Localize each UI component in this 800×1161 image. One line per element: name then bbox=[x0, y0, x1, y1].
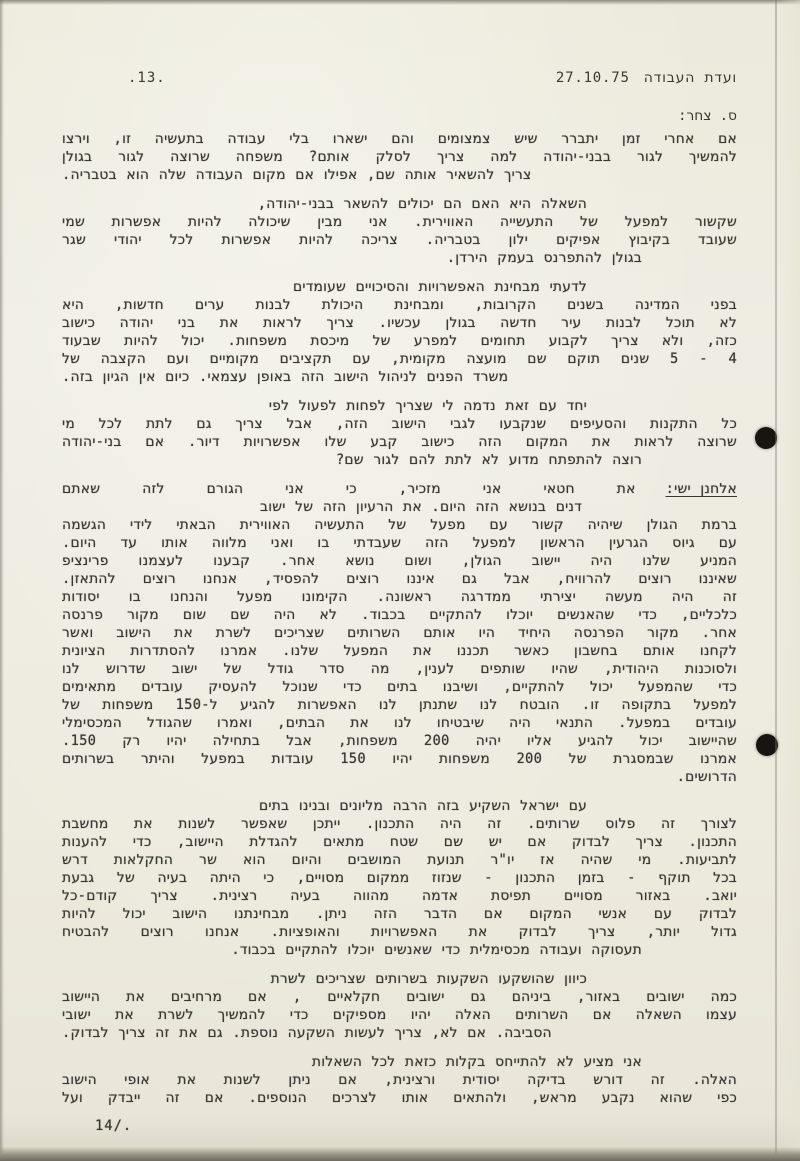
speech-paragraph: אלחנן ישי:את חטאי אני מזכיר, כי אני הגור… bbox=[62, 480, 737, 786]
text-line: כל התקנות והסעיפים שנקבעו לגבי הישוב הזה… bbox=[62, 415, 737, 433]
speaker-name: ס. צחר: bbox=[62, 108, 737, 124]
text-line: רוצה להתפתח מדוע לא לתת להם לגור שם? bbox=[62, 451, 737, 469]
document-body: ס. צחר:אם אחרי זמן יתברר שיש צמצומים והם… bbox=[62, 108, 737, 1107]
paragraph: יחד עם זאת נדמה לי שצריך לפחות לפעול לפי… bbox=[62, 397, 737, 469]
paragraph: אם אחרי זמן יתברר שיש צמצומים והם ישארו … bbox=[62, 130, 737, 184]
session-date: 27.10.75 bbox=[556, 70, 630, 86]
text-line: שרוצה לראות את המקום הזה כישוב קבע שלו א… bbox=[62, 433, 737, 451]
text-line: אם אחרי זמן יתברר שיש צמצומים והם ישארו … bbox=[62, 130, 737, 148]
text-line: צריך להשאיר אותה שם, אפילו אם מקום העבוד… bbox=[62, 166, 737, 184]
scanned-document-page: ועדת העבודה 27.10.75 .13. ס. צחר:אם אחרי… bbox=[0, 0, 800, 1161]
text-line: בפני המדינה בשנים הקרובות, ומבחינת היכול… bbox=[62, 296, 737, 314]
paragraph: לדעתי מבחינת האפשרויות והסיכויים שעומדים… bbox=[62, 278, 737, 386]
paragraph: עם ישראל השקיע בזה הרבה מליונים ובנינו ב… bbox=[62, 797, 737, 959]
hole-punch-icon bbox=[755, 427, 777, 449]
paragraph: אני מציע לא להתייחס בקלות כזאת לכל השאלו… bbox=[62, 1053, 737, 1107]
text-line: כיוון שהושקעו השקעות בשרותים שצריכים לשר… bbox=[62, 970, 737, 988]
text-line: שאיננו רוצים להרוויח, אבל גם איננו רוצים… bbox=[62, 570, 737, 588]
text-line: עם ישראל השקיע בזה הרבה מליונים ובנינו ב… bbox=[62, 797, 737, 815]
speech-opening-line: אלחנן ישי:את חטאי אני מזכיר, כי אני הגור… bbox=[62, 480, 737, 498]
text-line: עם גיוס הגרעין הראשון למפעל הזה שעבדתי ב… bbox=[62, 534, 737, 552]
text-line: המניע שלנו היה יישוב הגולן, ושום נושא אח… bbox=[62, 552, 737, 570]
text-line: בכל תוקף - בזמן התכנון - שנזוז ממקום מסו… bbox=[62, 869, 737, 887]
scan-right-strip bbox=[777, 0, 800, 1161]
text-line: דנים בנושא הזה היום. את הרעיון הזה של יש… bbox=[62, 498, 737, 516]
scan-edge-top bbox=[0, 0, 800, 5]
text-line: זה היה מעשה יצירתי ממדרגה ראשונה. הקימונ… bbox=[62, 588, 737, 606]
text-line: את חטאי אני מזכיר, כי אני הגורם לזה שאתם bbox=[62, 480, 636, 498]
text-line: כפי שהוא נקבע מראש, ולהתאים אותו לצרכים … bbox=[62, 1089, 737, 1107]
text-line: גדול יותר, צריך לבדוק את האפשרויות והאופ… bbox=[62, 923, 737, 941]
text-line: אני מציע לא להתייחס בקלות כזאת לכל השאלו… bbox=[62, 1053, 737, 1071]
paragraph: השאלה היא האם הם יכולים להשאר בבני-יהודה… bbox=[62, 195, 737, 267]
text-line: לדעתי מבחינת האפשרויות והסיכויים שעומדים bbox=[62, 278, 737, 296]
text-line: בגולן להתפרנס בעמק הירדן. bbox=[62, 249, 737, 267]
next-page-mark: 14/. bbox=[62, 1118, 737, 1134]
text-line: עובדים במפעל. התנאי היה שיבטיחו לנו את ה… bbox=[62, 714, 737, 732]
text-line: למפעל בתקופה זו. הובטח לנו שתנתן לנו האפ… bbox=[62, 696, 737, 714]
text-line: האלה. זה דורש בדיקה יסודית ורצינית, אם נ… bbox=[62, 1071, 737, 1089]
header-title-group: ועדת העבודה 27.10.75 bbox=[556, 70, 737, 86]
text-line: לתביעות. מי שהיה אז יו"ר תנועת המושבים ו… bbox=[62, 851, 737, 869]
text-line: לקחנו אותם בחשבון כאשר תכננו את המפעל של… bbox=[62, 642, 737, 660]
scan-edge-bottom bbox=[0, 1147, 800, 1161]
text-line: יואב. באזור מסויים תפיסת אדמה מהווה בעיה… bbox=[62, 887, 737, 905]
text-line: כדי שהמפעל יכול להתקיים, ושיבנו בתים כדי… bbox=[62, 678, 737, 696]
page-content: ועדת העבודה 27.10.75 .13. ס. צחר:אם אחרי… bbox=[0, 0, 800, 1161]
text-line: כזה, ולא צריך לקבוע תחומים למפרע של מיכס… bbox=[62, 332, 737, 350]
text-line: הדרושים. bbox=[62, 768, 737, 786]
scan-edge-left bbox=[0, 0, 4, 1161]
text-line: כמה ישובים באזור, ביניהם גם ישובים חקלאי… bbox=[62, 988, 737, 1006]
speaker-name: אלחנן ישי: bbox=[666, 480, 737, 498]
text-line: שקשור למפעל של התעשייה האווירית. אני מבי… bbox=[62, 213, 737, 231]
text-line: לצורך זה פלוס שרותים. זה היה התכנון. יית… bbox=[62, 815, 737, 833]
text-line: השאלה היא האם הם יכולים להשאר בבני-יהודה… bbox=[62, 195, 737, 213]
text-line: לא תוכל לבנות עיר חדשה בגולן עכשיו. צריך… bbox=[62, 314, 737, 332]
committee-title: ועדת העבודה bbox=[644, 70, 737, 86]
text-line: עצמו השאלה אם השרותים האלה יהיו מספיקים … bbox=[62, 1006, 737, 1024]
text-line: יחד עם זאת נדמה לי שצריך לפחות לפעול לפי bbox=[62, 397, 737, 415]
text-line: לבדוק עם אנשי המקום אם הדבר הזה ניתן. מב… bbox=[62, 905, 737, 923]
page-header: ועדת העבודה 27.10.75 .13. bbox=[62, 70, 737, 86]
text-line: כלכליים, כדי שהאנשים יוכלו להתקיים בכבוד… bbox=[62, 606, 737, 624]
paragraph: כיוון שהושקעו השקעות בשרותים שצריכים לשר… bbox=[62, 970, 737, 1042]
text-line: 4 - 5 שנים תוקם שם מועצה מקומית, עם תקצי… bbox=[62, 350, 737, 368]
text-line: שעובד בקיבוץ אפיקים ילון בטבריה. צריכה ל… bbox=[62, 231, 737, 249]
text-line: ולסוכנות היהודית, שהיו שותפים לענין, מה … bbox=[62, 660, 737, 678]
text-line: שהיישוב יכול להגיע אליו יהיה 200 משפחות,… bbox=[62, 732, 737, 750]
text-line: להמשיך לגור בבני-יהודה למה צריך לסלק אות… bbox=[62, 148, 737, 166]
text-line: תעסוקה ועבודה מכסימלית כדי שאנשים יוכלו … bbox=[62, 941, 737, 959]
text-line: ברמת הגולן שיהיה קשור עם מפעל של התעשיה … bbox=[62, 516, 737, 534]
text-line: הסביבה. אם לא, צריך לעשות השקעה נוספת. ג… bbox=[62, 1024, 737, 1042]
text-line: התכנון. צריך לבדוק אם יש שם שטח מתאים לה… bbox=[62, 833, 737, 851]
text-line: אמרנו שבמסגרת של 200 משפחות יהיו 150 עוב… bbox=[62, 750, 737, 768]
page-number: .13. bbox=[128, 70, 166, 86]
text-line: משרד הפנים לניהול הישוב הזה באופן עצמאי.… bbox=[62, 368, 737, 386]
text-line: אחר. מקור הפרנסה היחיד היו אותם השרותים … bbox=[62, 624, 737, 642]
